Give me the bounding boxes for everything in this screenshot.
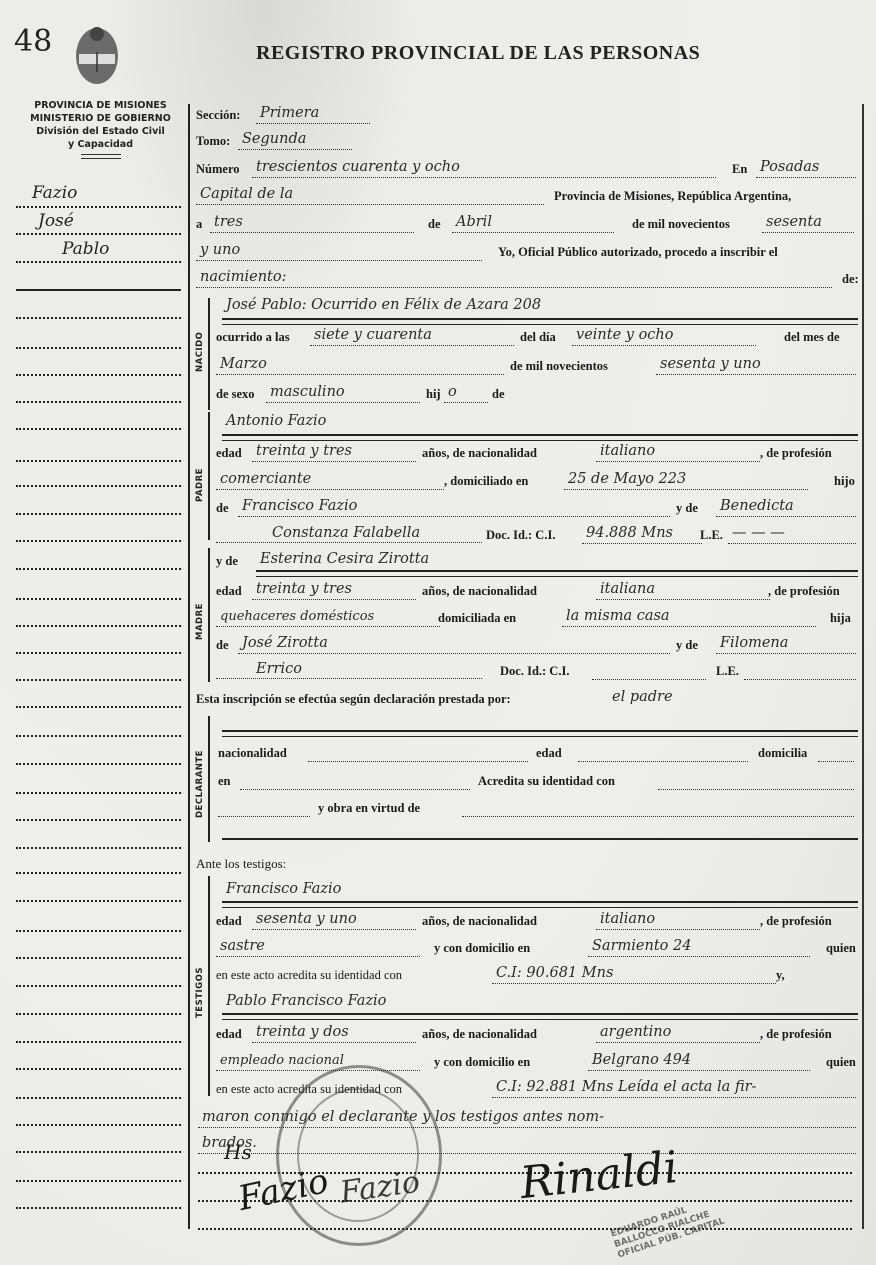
y-label: y,	[776, 968, 785, 983]
hora-value: siete y cuarenta	[310, 326, 514, 346]
declaracion-text: Esta inscripción se efectúa según declar…	[196, 692, 511, 707]
profesion-label: , de profesión	[768, 584, 840, 599]
column-divider	[188, 104, 190, 1229]
seccion-label: Sección:	[196, 108, 240, 123]
margin-line	[16, 957, 181, 959]
nacido-nombre: José Pablo: Ocurrido en Félix de Azara 2…	[222, 296, 856, 315]
margin-first-name: José	[38, 211, 74, 231]
testigos-intro: Ante los testigos:	[196, 856, 286, 872]
row-t1-acredita: en este acto acredita su identidad con C…	[216, 964, 860, 986]
right-border	[862, 104, 864, 1229]
profesion-label: , de profesión	[760, 914, 832, 929]
edad-label: edad	[216, 914, 242, 929]
padre-label: PADRE	[195, 468, 205, 502]
dia-value: tres	[210, 213, 414, 233]
edad-label: edad	[216, 584, 242, 599]
testigo2-nombre: Pablo Francisco Fazio	[222, 992, 856, 1011]
double-rule	[222, 318, 858, 325]
agency-ministry: MINISTERIO DE GOBIERNO	[18, 112, 183, 125]
row-t2-nombre: Pablo Francisco Fazio	[222, 992, 860, 1014]
profesion-value: comerciante	[216, 470, 444, 490]
lugar-value: Posadas	[756, 158, 856, 178]
obra-pre-field	[218, 797, 310, 817]
profesion-value: quehaceres domésticos	[216, 607, 440, 627]
row-madre-edad: edad treinta y tres años, de nacionalida…	[216, 580, 860, 602]
margin-line	[16, 206, 181, 208]
row-t2-edad: edad treinta y dos años, de nacionalidad…	[216, 1023, 860, 1045]
row-nacido-sexo: de sexo masculino hij o de	[216, 383, 860, 405]
profesion-value: empleado nacional	[216, 1051, 420, 1071]
agency-province: PROVINCIA DE MISIONES	[18, 99, 183, 112]
row-declaracion: Esta inscripción se efectúa según declar…	[196, 688, 860, 710]
nacionalidad-value: italiano	[596, 910, 760, 930]
row-oficial: y uno Yo, Oficial Público autorizado, pr…	[196, 241, 860, 263]
margin-line	[16, 1068, 181, 1070]
row-seccion: Sección: Primera	[196, 104, 860, 126]
domicilia-field	[818, 742, 854, 762]
page-number: 48	[14, 24, 52, 59]
row-tomo: Tomo: Segunda	[196, 130, 860, 152]
margin-line	[16, 1097, 181, 1099]
tomo-label: Tomo:	[196, 134, 230, 149]
margin-line	[16, 847, 181, 849]
margin-line	[16, 428, 181, 430]
anio-value: sesenta y uno	[656, 355, 856, 375]
acredita-field	[658, 770, 854, 790]
madre-nombre: Esterina Cesira Zirotta	[256, 550, 856, 569]
profesion-label: , de profesión	[760, 1027, 832, 1042]
anios-label: años, de nacionalidad	[422, 584, 537, 599]
mes-value: Marzo	[216, 355, 504, 375]
le-label: L.E.	[716, 664, 739, 679]
edad-value: treinta y tres	[252, 442, 416, 462]
margin-line	[16, 598, 181, 600]
acredita-label: en este acto acredita su identidad con	[216, 968, 402, 983]
nacionalidad-field	[308, 742, 528, 762]
declaracion-por: el padre	[608, 688, 812, 707]
margin-line	[16, 930, 181, 932]
signature-line	[198, 1228, 852, 1230]
edad-label: edad	[216, 1027, 242, 1042]
row-nacido-nombre: José Pablo: Ocurrido en Félix de Azara 2…	[222, 296, 860, 318]
anio1-value: sesenta	[762, 213, 854, 233]
numero-value: trescientos cuarenta y ocho	[252, 158, 716, 178]
nacionalidad-value: italiana	[596, 580, 770, 600]
doc-value: 94.888 Mns	[582, 524, 702, 544]
padre-bracket	[208, 412, 210, 540]
ocurrido-label: ocurrido a las	[216, 330, 290, 345]
edad-value: treinta y dos	[252, 1023, 416, 1043]
circular-registry-stamp	[276, 1065, 442, 1246]
divider	[81, 154, 121, 159]
row-t2-domicilio: empleado nacional y con domicilio en Bel…	[216, 1051, 860, 1073]
margin-line	[16, 819, 181, 821]
doc-label: Doc. Id.: C.I.	[500, 664, 569, 679]
double-rule	[222, 901, 858, 908]
double-rule	[222, 730, 858, 737]
obra-label: y obra en virtud de	[318, 801, 420, 816]
testigo1-nombre: Francisco Fazio	[222, 880, 856, 899]
margin-line	[16, 289, 181, 291]
de-label: de	[428, 217, 441, 232]
sexo-label: de sexo	[216, 387, 255, 402]
row-madre-domicilio: quehaceres domésticos domiciliada en la …	[216, 607, 860, 629]
acredita-label: Acredita su identidad con	[478, 774, 615, 789]
domicilio-value: 25 de Mayo 223	[564, 470, 808, 490]
testigos-label: TESTIGOS	[195, 967, 205, 1018]
abuela2-value: Errico	[216, 660, 482, 679]
margin-line	[16, 1124, 181, 1126]
issuing-agency: PROVINCIA DE MISIONES MINISTERIO DE GOBI…	[18, 99, 183, 159]
margin-line	[16, 1180, 181, 1182]
y-de-label: y de	[216, 554, 238, 569]
le-value: — — —	[728, 524, 856, 544]
abuela2-value: Constanza Falabella	[216, 524, 482, 543]
margin-line	[16, 261, 181, 263]
provincia-text: Provincia de Misiones, República Argenti…	[554, 189, 791, 204]
row-fecha: a tres de Abril de mil novecientos sesen…	[196, 213, 860, 235]
anio2-value: y uno	[196, 241, 482, 261]
margin-line	[16, 1041, 181, 1043]
declarante-bracket	[208, 716, 210, 842]
edad-value: sesenta y uno	[252, 910, 416, 930]
margin-line	[16, 900, 181, 902]
margin-line	[16, 233, 181, 235]
de-colon: de:	[842, 272, 859, 287]
domicilio-value: Belgrano 494	[588, 1051, 810, 1071]
margin-second-name: Pablo	[62, 239, 109, 259]
row-declarante-en: en Acredita su identidad con	[218, 770, 860, 792]
row-declarante-obra: y obra en virtud de	[218, 797, 860, 819]
hija-label: hija	[830, 611, 851, 626]
domicilio-label: domiciliada en	[438, 611, 516, 626]
row-lugar: Capital de la Provincia de Misiones, Rep…	[196, 185, 860, 207]
margin-line	[16, 625, 181, 627]
nacionalidad-value: italiano	[596, 442, 760, 462]
dia-value: veinte y ocho	[572, 326, 756, 346]
acto-value: nacimiento:	[196, 268, 832, 288]
row-numero: Número trescientos cuarenta y ocho En Po…	[196, 158, 860, 180]
row-declarante-nac: nacionalidad edad domicilia	[218, 742, 860, 764]
mes-value: Abril	[452, 213, 614, 233]
margin-line	[16, 317, 181, 319]
nacionalidad-label: nacionalidad	[218, 746, 287, 761]
seccion-value: Primera	[256, 104, 370, 124]
row-nacido-hora: ocurrido a las siete y cuarenta del día …	[216, 326, 860, 348]
row-t1-nombre: Francisco Fazio	[222, 880, 860, 902]
domicilio-label: , domiciliado en	[444, 474, 528, 489]
row-padre-doc: Constanza Falabella Doc. Id.: C.I. 94.88…	[216, 524, 860, 546]
domicilio-label: y con domicilio en	[434, 941, 530, 956]
acredita-value: C.I: 90.681 Mns	[492, 964, 776, 984]
domicilio-label: y con domicilio en	[434, 1055, 530, 1070]
row-t1-edad: edad sesenta y uno años, de nacionalidad…	[216, 910, 860, 932]
margin-line	[16, 1013, 181, 1015]
anios-label: años, de nacionalidad	[422, 446, 537, 461]
doc-label: Doc. Id.: C.I.	[486, 528, 555, 543]
nacido-label: NACIDO	[195, 332, 205, 372]
margin-line	[16, 985, 181, 987]
row-nacido-anio: Marzo de mil novecientos sesenta y uno	[216, 355, 860, 377]
profesion-value: sastre	[216, 937, 420, 957]
margin-line	[16, 706, 181, 708]
edad-label: edad	[536, 746, 562, 761]
mark-initials: Hs	[224, 1140, 252, 1164]
hij-value: o	[444, 383, 488, 403]
margin-line	[16, 460, 181, 462]
sexo-value: masculino	[266, 383, 420, 403]
margin-line	[16, 568, 181, 570]
nacionalidad-value: argentino	[596, 1023, 760, 1043]
domicilio-value: la misma casa	[562, 607, 816, 627]
margin-line	[16, 763, 181, 765]
en-label: en	[218, 774, 231, 789]
row-testigos-intro: Ante los testigos:	[196, 852, 860, 874]
en-field	[240, 770, 470, 790]
birth-certificate-page: 48 REGISTRO PROVINCIAL DE LAS PERSONAS P…	[0, 0, 876, 1265]
double-rule	[256, 570, 858, 577]
margin-line	[16, 792, 181, 794]
margin-line	[16, 513, 181, 515]
domicilio-value: Sarmiento 24	[588, 937, 810, 957]
anios-label: años, de nacionalidad	[422, 1027, 537, 1042]
row-madre-doc: Errico Doc. Id.: C.I. L.E.	[216, 660, 860, 682]
en-label: En	[732, 162, 747, 177]
de-label: de	[216, 501, 229, 516]
madre-label: MADRE	[195, 603, 205, 640]
row-acto: nacimiento: de:	[196, 268, 860, 290]
row-padre-padres: de Francisco Fazio y de Benedicta	[216, 497, 860, 519]
numero-label: Número	[196, 162, 240, 177]
lugar2-value: Capital de la	[196, 185, 544, 205]
acredita-value: C.I: 92.881 Mns Leída el acta la fir-	[492, 1078, 856, 1098]
hij-label: hij	[426, 387, 441, 402]
del-mes-label: del mes de	[784, 330, 840, 345]
double-rule	[222, 434, 858, 441]
coat-of-arms-icon	[72, 22, 122, 92]
y-de-label: y de	[676, 501, 698, 516]
margin-line	[16, 374, 181, 376]
margin-line	[16, 401, 181, 403]
document-title: REGISTRO PROVINCIAL DE LAS PERSONAS	[256, 42, 700, 65]
domicilia-label: domicilia	[758, 746, 807, 761]
de-label: de	[492, 387, 505, 402]
margin-line	[16, 679, 181, 681]
de-label: de	[216, 638, 229, 653]
oficial-text: Yo, Oficial Público autorizado, procedo …	[498, 245, 778, 260]
profesion-label: , de profesión	[760, 446, 832, 461]
row-madre-padres: de José Zirotta y de Filomena	[216, 634, 860, 656]
tomo-value: Segunda	[238, 130, 352, 150]
rule	[222, 838, 858, 844]
abuela-value: Benedicta	[716, 497, 856, 517]
mil-label: de mil novecientos	[632, 217, 730, 232]
margin-line	[16, 347, 181, 349]
margin-line	[16, 872, 181, 874]
mil-label: de mil novecientos	[510, 359, 608, 374]
agency-division: División del Estado Civil	[18, 125, 183, 138]
quien-label: quien	[826, 941, 856, 956]
padre-nombre: Antonio Fazio	[222, 412, 856, 431]
nacido-bracket	[208, 298, 210, 410]
margin-line	[16, 485, 181, 487]
edad-label: edad	[216, 446, 242, 461]
edad-field	[578, 742, 748, 762]
margin-line	[16, 540, 181, 542]
double-rule	[222, 1013, 858, 1020]
a-label: a	[196, 217, 202, 232]
margin-line	[16, 1207, 181, 1209]
le-label: L.E.	[700, 528, 723, 543]
row-padre-nombre: Antonio Fazio	[222, 412, 860, 434]
hijo-label: hijo	[834, 474, 855, 489]
row-padre-domicilio: comerciante , domiciliado en 25 de Mayo …	[216, 470, 860, 492]
testigos-bracket	[208, 876, 210, 1096]
abuelo-value: José Zirotta	[238, 634, 670, 654]
row-madre-nombre: y de Esterina Cesira Zirotta	[216, 550, 860, 572]
declarante-label: DECLARANTE	[195, 750, 205, 818]
row-padre-edad: edad treinta y tres años, de nacionalida…	[216, 442, 860, 464]
abuelo-value: Francisco Fazio	[238, 497, 670, 517]
del-dia-label: del día	[520, 330, 556, 345]
official-name-stamp: EDUARDO RAÚL BALLOCCO RIALCHE OFICIAL PÚ…	[610, 1196, 727, 1262]
le-value	[744, 660, 856, 680]
y-de-label: y de	[676, 638, 698, 653]
abuela-value: Filomena	[716, 634, 856, 654]
agency-division-2: y Capacidad	[18, 138, 183, 151]
margin-line	[16, 652, 181, 654]
margin-line	[16, 735, 181, 737]
anios-label: años, de nacionalidad	[422, 914, 537, 929]
edad-value: treinta y tres	[252, 580, 416, 600]
obra-field	[462, 797, 854, 817]
madre-bracket	[208, 548, 210, 682]
quien-label: quien	[826, 1055, 856, 1070]
margin-column: Fazio José Pablo	[0, 175, 190, 1255]
margin-surname: Fazio	[32, 183, 77, 203]
doc-value	[592, 660, 706, 680]
row-t1-domicilio: sastre y con domicilio en Sarmiento 24 q…	[216, 937, 860, 959]
margin-line	[16, 1151, 181, 1153]
